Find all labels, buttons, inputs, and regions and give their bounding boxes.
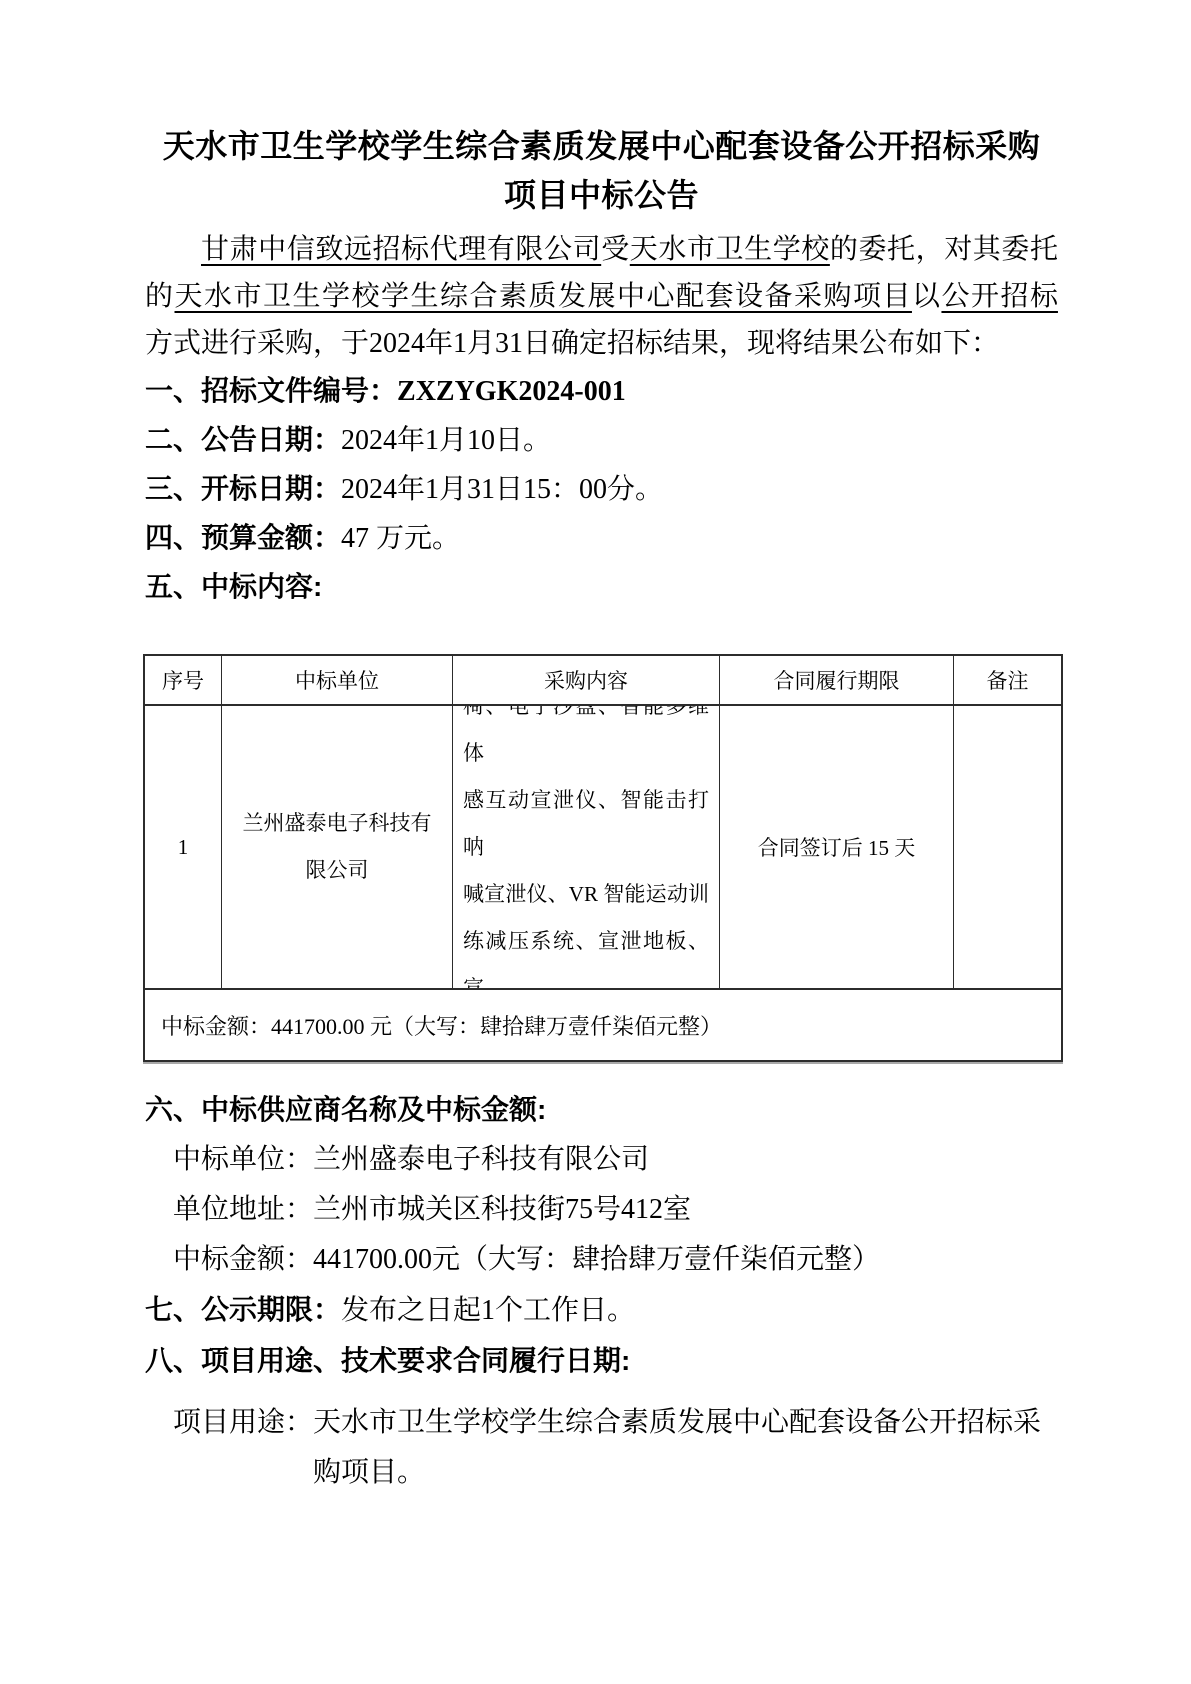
usage-paragraph: 项目用途： 天水市卫生学校学生综合素质发展中心配套设备公开招标采 购项目。 <box>145 1398 1058 1498</box>
section-label: 八、项目用途、技术要求合同履行日期: <box>145 1345 630 1376</box>
document-title: 天水市卫生学校学生综合素质发展中心配套设备公开招标采购 项目中标公告 <box>145 122 1058 220</box>
announce-date-value: 2024年1月10日。 <box>341 425 551 456</box>
intro-paragraph: 甘肃中信致远招标代理有限公司受天水市卫生学校的委托，对其委托 的天水市卫生学校学… <box>145 226 1058 367</box>
publicity-period-value: 发布之日起1个工作日。 <box>341 1295 635 1326</box>
project-name-underlined: 天水市卫生学校学生综合素质发展中心配套设备采购项目 <box>175 281 912 312</box>
section-label: 四、预算金额： <box>145 522 341 553</box>
header-cell-company: 中标单位 <box>222 656 453 706</box>
header-cell-serial: 序号 <box>145 656 222 706</box>
section-label: 七、公示期限： <box>145 1294 341 1325</box>
intro-line-1: 甘肃中信致远招标代理有限公司受天水市卫生学校的委托，对其委托 <box>145 226 1058 273</box>
header-cell-note: 备注 <box>954 656 1061 706</box>
section-label: 二、公告日期： <box>145 424 341 455</box>
usage-label: 项目用途： <box>173 1398 313 1498</box>
section-project-usage-heading: 八、项目用途、技术要求合同履行日期: <box>145 1336 1058 1386</box>
detail-label: 中标单位： <box>173 1144 313 1175</box>
intro-line-2: 的天水市卫生学校学生综合素质发展中心配套设备采购项目以公开招标 <box>145 273 1058 320</box>
agency-name-underlined: 甘肃中信致远招标代理有限公司 <box>201 234 601 265</box>
cell-purchase-content: 功能室提升设备,智能放松 椅、电子沙盘、智能多维体 感互动宣泄仪、智能击打呐 喊… <box>453 706 720 990</box>
doc-number-value: ZXZYGK2024-001 <box>397 376 626 407</box>
intro-line-3: 方式进行采购，于2024年1月31日确定招标结果，现将结果公布如下： <box>145 320 1058 367</box>
usage-value: 天水市卫生学校学生综合素质发展中心配套设备公开招标采 购项目。 <box>313 1398 1041 1498</box>
detail-company: 中标单位：兰州盛泰电子科技有限公司 <box>145 1135 1058 1185</box>
content-line: 感互动宣泄仪、智能击打呐 <box>463 777 709 871</box>
content-line: 椅、电子沙盘、智能多维体 <box>463 706 709 777</box>
header-cell-content: 采购内容 <box>453 656 720 706</box>
detail-value: 兰州市城关区科技街75号412室 <box>313 1194 691 1225</box>
section-budget: 四、预算金额：47 万元。 <box>145 514 1058 563</box>
content-line: 喊宣泄仪、VR 智能运动训 <box>463 871 709 918</box>
text-segment: 的 <box>145 281 175 312</box>
company-line-1: 兰州盛泰电子科技有 <box>243 800 432 847</box>
section-label: 六、中标供应商名称及中标金额: <box>145 1094 546 1125</box>
detail-value: 兰州盛泰电子科技有限公司 <box>313 1144 649 1175</box>
cell-note <box>954 706 1061 990</box>
section-announce-date: 二、公告日期：2024年1月10日。 <box>145 416 1058 465</box>
header-cell-term: 合同履行期限 <box>720 656 954 706</box>
bid-result-table: 序号 中标单位 采购内容 合同履行期限 备注 1 兰州盛泰电子科技有 限公司 功… <box>143 654 1063 1062</box>
section-bid-content: 五、中标内容: <box>145 563 1058 611</box>
detail-label: 单位地址： <box>173 1194 313 1225</box>
company-line-2: 限公司 <box>306 847 369 894</box>
detail-address: 单位地址：兰州市城关区科技街75号412室 <box>145 1185 1058 1235</box>
section-label: 一、招标文件编号： <box>145 375 397 406</box>
budget-value: 47 万元。 <box>341 523 460 554</box>
title-line-2: 项目中标公告 <box>145 171 1058 220</box>
document-page: 天水市卫生学校学生综合素质发展中心配套设备公开招标采购 项目中标公告 甘肃中信致… <box>0 0 1191 1684</box>
section-doc-number: 一、招标文件编号：ZXZYGK2024-001 <box>145 367 1058 416</box>
content-line: 练减压系统、宣泄地板、宣 <box>463 918 709 991</box>
table-footer-amount: 中标金额：441700.00 元（大写：肆拾肆万壹仟柒佰元整） <box>145 990 1061 1060</box>
cell-serial: 1 <box>145 706 222 990</box>
cell-company: 兰州盛泰电子科技有 限公司 <box>222 706 453 990</box>
usage-line-1: 天水市卫生学校学生综合素质发展中心配套设备公开招标采 <box>313 1398 1041 1448</box>
open-date-value: 2024年1月31日15：00分。 <box>341 474 663 505</box>
section-label: 三、开标日期： <box>145 473 341 504</box>
cell-contract-term: 合同签订后 15 天 <box>720 706 954 990</box>
detail-value: 441700.00元（大写：肆拾肆万壹仟柒佰元整） <box>313 1244 880 1275</box>
section-supplier-amount: 六、中标供应商名称及中标金额: <box>145 1085 1058 1135</box>
title-line-1: 天水市卫生学校学生综合素质发展中心配套设备公开招标采购 <box>145 122 1058 171</box>
text-segment: 以 <box>912 281 942 312</box>
usage-line-2: 购项目。 <box>313 1448 1041 1498</box>
section-publicity-period: 七、公示期限：发布之日起1个工作日。 <box>145 1285 1058 1336</box>
method-underlined: 公开招标 <box>941 281 1058 312</box>
text-segment: 的委托，对其委托 <box>830 234 1058 265</box>
section-open-date: 三、开标日期：2024年1月31日15：00分。 <box>145 465 1058 514</box>
section-label: 五、中标内容: <box>145 571 322 602</box>
detail-label: 中标金额： <box>173 1244 313 1275</box>
client-name-underlined: 天水市卫生学校 <box>630 234 830 265</box>
detail-amount: 中标金额：441700.00元（大写：肆拾肆万壹仟柒佰元整） <box>145 1235 1058 1285</box>
text-segment: 受 <box>601 234 630 265</box>
sections-block: 一、招标文件编号：ZXZYGK2024-001 二、公告日期：2024年1月10… <box>145 367 1058 611</box>
